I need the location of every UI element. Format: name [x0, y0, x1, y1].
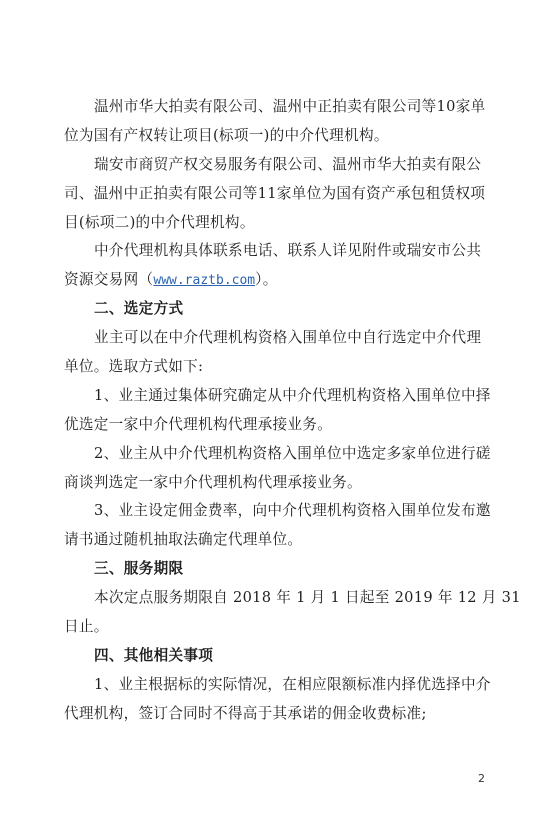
list-item-line: 代理机构，签订合同时不得高于其承诺的佣金收费标准; — [64, 700, 484, 729]
list-item-line: 3、业主设定佣金费率，向中介代理机构资格入围单位发布邀 — [64, 497, 484, 526]
paragraph-line: 温州市华大拍卖有限公司、温州中正拍卖有限公司等10家单 — [64, 93, 484, 122]
list-item-line: 优选定一家中介代理机构代理承接业务。 — [64, 411, 484, 440]
list-item-line: 1、业主根据标的实际情况，在相应限额标准内择优选择中介 — [64, 671, 484, 700]
link-prefix: 资源交易网（ — [64, 271, 153, 288]
paragraph-line: 中介代理机构具体联系电话、联系人详见附件或瑞安市公共 — [64, 237, 484, 266]
document-page: 温州市华大拍卖有限公司、温州中正拍卖有限公司等10家单 位为国有产权转让项目(标… — [64, 93, 484, 729]
section-heading: 四、其他相关事项 — [64, 642, 484, 671]
list-item-line: 请书通过随机抽取法确定代理单位。 — [64, 526, 484, 555]
paragraph-line: 单位。选取方式如下: — [64, 353, 484, 382]
list-item-line: 2、业主从中介代理机构资格入围单位中选定多家单位进行磋 — [64, 440, 484, 469]
website-link[interactable]: www.raztb.com — [153, 273, 255, 288]
list-item-line: 1、业主通过集体研究确定从中介代理机构资格入围单位中择 — [64, 382, 484, 411]
paragraph-line: 瑞安市商贸产权交易服务有限公司、温州市华大拍卖有限公 — [64, 151, 484, 180]
paragraph-line: 本次定点服务期限自 2018 年 1 月 1 日起至 2019 年 12 月 3… — [64, 584, 484, 613]
paragraph-line-with-link: 资源交易网（www.raztb.com）。 — [64, 266, 484, 295]
list-item-line: 商谈判选定一家中介代理机构代理承接业务。 — [64, 469, 484, 498]
paragraph-line: 位为国有产权转让项目(标项一)的中介代理机构。 — [64, 122, 484, 151]
paragraph-line: 业主可以在中介代理机构资格入围单位中自行选定中介代理 — [64, 324, 484, 353]
section-heading: 二、选定方式 — [64, 295, 484, 324]
link-suffix: ）。 — [255, 271, 278, 288]
page-number: 2 — [478, 772, 485, 785]
paragraph-line: 日止。 — [64, 613, 484, 642]
paragraph-line: 司、温州中正拍卖有限公司等11家单位为国有资产承包租赁权项 — [64, 180, 484, 209]
section-heading: 三、服务期限 — [64, 555, 484, 584]
paragraph-line: 目(标项二)的中介代理机构。 — [64, 209, 484, 238]
